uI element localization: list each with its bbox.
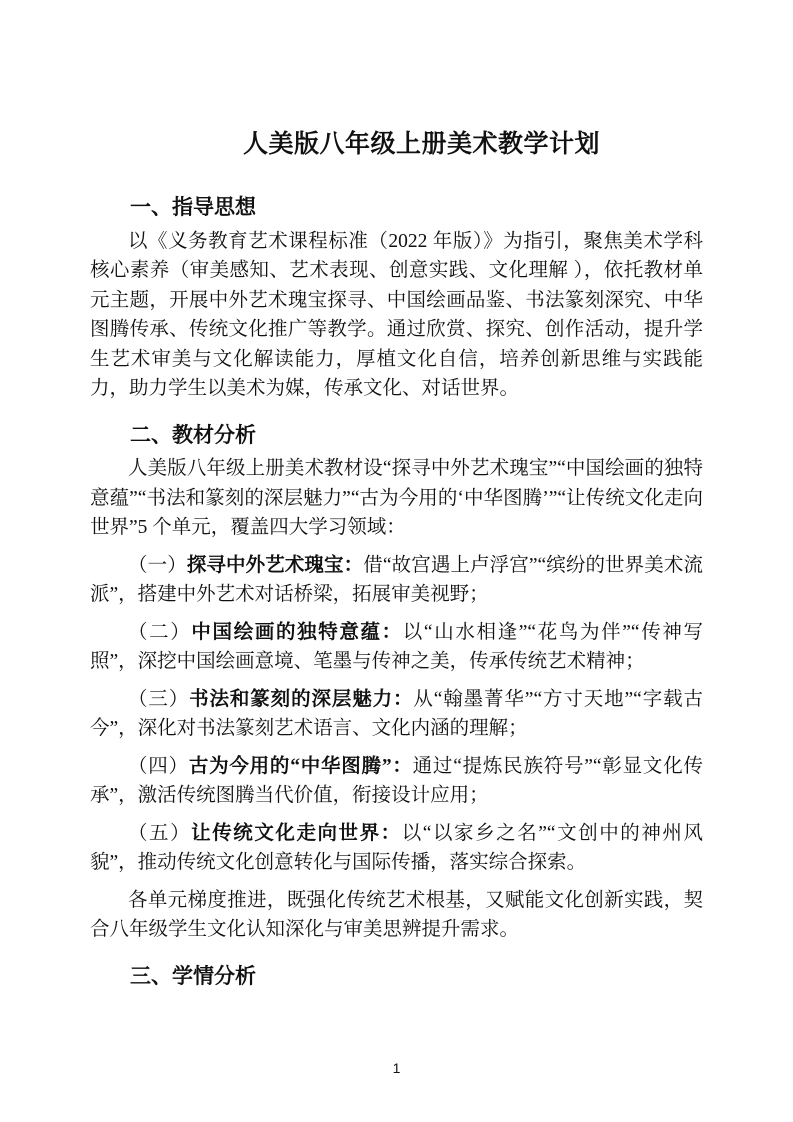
- item-prefix: （一）: [128, 555, 187, 576]
- item-title: 书法和篆刻的深层魅力：: [189, 689, 413, 710]
- item-title: 让传统文化走向世界：: [191, 823, 402, 844]
- item-title: 探寻中外艺术瑰宝：: [187, 555, 363, 576]
- section-heading-guiding-ideology: 一、指导思想: [90, 193, 703, 223]
- page-number: 1: [0, 1060, 793, 1076]
- item-prefix: （二）: [128, 622, 191, 643]
- list-item-unit-3: （三）书法和篆刻的深层魅力：从“翰墨菁华”“方寸天地”“字载古今”，深化对书法篆…: [90, 685, 703, 744]
- list-item-unit-1: （一）探寻中外艺术瑰宝：借“故宫遇上卢浮宫”“缤纷的世界美术流派”，搭建中外艺术…: [90, 551, 703, 610]
- list-item-unit-2: （二）中国绘画的独特意蕴：以“山水相逢”“花鸟为伴”“传神写照”，深挖中国绘画意…: [90, 618, 703, 677]
- paragraph-textbook-intro: 人美版八年级上册美术教材设“探寻中外艺术瑰宝”“中国绘画的独特意蕴”“书法和篆刻…: [90, 454, 703, 543]
- document-title: 人美版八年级上册美术教学计划: [90, 128, 703, 162]
- item-prefix: （五）: [128, 823, 191, 844]
- section-heading-learner-analysis: 三、学情分析: [90, 962, 703, 992]
- paragraph-guiding-ideology: 以《义务教育艺术课程标准（2022 年版）》为指引，聚焦美术学科核心素养（审美感…: [90, 227, 703, 404]
- item-title: 古为今用的“中华图腾”：: [189, 756, 413, 777]
- item-prefix: （三）: [128, 689, 189, 710]
- section-heading-textbook-analysis: 二、教材分析: [90, 421, 703, 451]
- item-prefix: （四）: [128, 756, 189, 777]
- list-item-unit-5: （五）让传统文化走向世界：以“以家乡之名”“文创中的神州风貌”，推动传统文化创意…: [90, 819, 703, 878]
- document-page: 人美版八年级上册美术教学计划 一、指导思想 以《义务教育艺术课程标准（2022 …: [0, 0, 793, 1122]
- list-item-unit-4: （四）古为今用的“中华图腾”：通过“提炼民族符号”“彰显文化传承”，激活传统图腾…: [90, 752, 703, 811]
- item-title: 中国绘画的独特意蕴：: [191, 622, 402, 643]
- paragraph-textbook-summary: 各单元梯度推进，既强化传统艺术根基，又赋能文化创新实践，契合八年级学生文化认知深…: [90, 886, 703, 945]
